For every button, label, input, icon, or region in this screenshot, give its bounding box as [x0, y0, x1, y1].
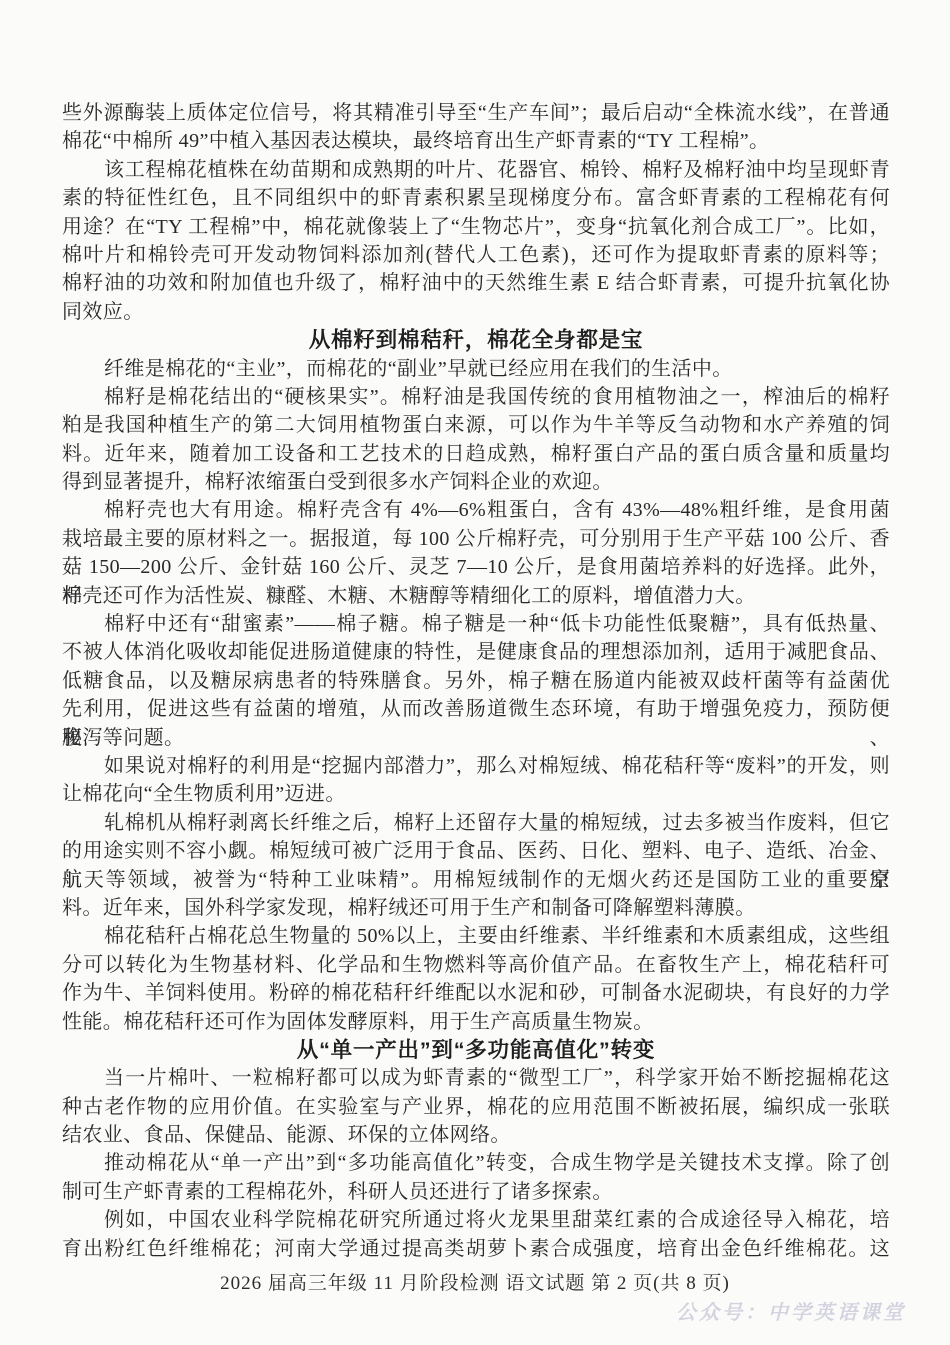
- text-line: 得到显著提升，棉籽浓缩蛋白受到很多水产饲料企业的欢迎。: [62, 468, 890, 496]
- text-line: 素的特征性红色，且不同组织中的虾青素积累呈现梯度分布。富含虾青素的工程棉花有何: [62, 184, 890, 212]
- text-line: 棉花“中棉所 49”中植入基因表达模块，最终培育出生产虾青素的“TY 工程棉”。: [62, 127, 890, 155]
- text-line: 推动棉花从“单一产出”到“多功能高值化”转变，合成生物学是关键技术支撑。除了创: [62, 1149, 890, 1177]
- text-line: 例如，中国农业科学院棉花研究所通过将火龙果里甜菜红素的合成途径导入棉花，培: [62, 1206, 890, 1234]
- text-line: 结农业、食品、保健品、能源、环保的立体网络。: [62, 1121, 890, 1149]
- text-line: 棉叶片和棉铃壳可开发动物饲料添加剂(替代人工色素)，还可作为提取虾青素的原料等；: [62, 241, 890, 269]
- text-line: 栽培最主要的原材料之一。据报道，每 100 公斤棉籽壳，可分别用于生产平菇 10…: [62, 525, 890, 553]
- text-line: 棉籽中还有“甜蜜素”——棉子糖。棉子糖是一种“低卡功能性低聚糖”，具有低热量、: [62, 610, 890, 638]
- text-line: 性能。棉花秸秆还可作为固体发酵原料，用于生产高质量生物炭。: [62, 1008, 890, 1036]
- text-line: 棉花秸秆占棉花总生物量的 50%以上，主要由纤维素、半纤维素和木质素组成，这些组: [62, 922, 890, 950]
- text-line: 轧棉机从棉籽剥离长纤维之后，棉籽上还留存大量的棉短绒，过去多被当作废料，但它: [62, 809, 890, 837]
- text-line: 菇 150—200 公斤、金针菇 160 公斤、灵芝 7—10 公斤，是食用菌培…: [62, 553, 890, 581]
- section-heading: 从“单一产出”到“多功能高值化”转变: [62, 1036, 890, 1064]
- text-line: 棉籽壳也大有用途。棉籽壳含有 4%—6%粗蛋白，含有 43%—48%粗纤维，是食…: [62, 496, 890, 524]
- text-line: 分可以转化为生物基材料、化学品和生物燃料等高价值产品。在畜牧生产上，棉花秸秆可: [62, 951, 890, 979]
- text-line: 棉籽油的功效和附加值也升级了，棉籽油中的天然维生素 E 结合虾青素，可提升抗氧化…: [62, 269, 890, 297]
- text-line: 不被人体消化吸收却能促进肠道健康的特性，是健康食品的理想添加剂，适用于减肥食品、: [62, 638, 890, 666]
- text-line: 同效应。: [62, 298, 890, 326]
- text-line: 籽壳还可作为活性炭、糠醛、木糖、木糖醇等精细化工的原料，增值潜力大。: [62, 582, 890, 610]
- document-lines: 些外源酶装上质体定位信号，将其精准引导至“生产车间”；最后启动“全株流水线”，在…: [62, 99, 890, 1263]
- text-line: 纤维是棉花的“主业”，而棉花的“副业”早就已经应用在我们的生活中。: [62, 355, 890, 383]
- text-line: 该工程棉花植株在幼苗期和成熟期的叶片、花器官、棉铃、棉籽及棉籽油中均呈现虾青: [62, 156, 890, 184]
- text-line: 的用途实则不容小觑。棉短绒可被广泛用于食品、医药、日化、塑料、电子、造纸、冶金、…: [62, 837, 890, 865]
- text-line: 作为牛、羊饲料使用。粉碎的棉花秸秆纤维配以水泥和砂，可制备水泥砌块，有良好的力学: [62, 979, 890, 1007]
- text-line: 料。近年来，随着加工设备和工艺技术的日趋成熟，棉籽蛋白产品的蛋白质含量和质量均: [62, 440, 890, 468]
- text-line: 些外源酶装上质体定位信号，将其精准引导至“生产车间”；最后启动“全株流水线”，在…: [62, 99, 890, 127]
- text-line: 种古老作物的应用价值。在实验室与产业界，棉花的应用范围不断被拓展，编织成一张联: [62, 1093, 890, 1121]
- section-heading: 从棉籽到棉秸秆，棉花全身都是宝: [62, 326, 890, 354]
- page-footer: 2026 届高三年级 11 月阶段检测 语文试题 第 2 页(共 8 页): [0, 1268, 950, 1295]
- text-line: 用途？在“TY 工程棉”中，棉花就像装上了“生物芯片”，变身“抗氧化剂合成工厂”…: [62, 213, 890, 241]
- text-line: 料。近年来，国外科学家发现，棉籽绒还可用于生产和制备可降解塑料薄膜。: [62, 894, 890, 922]
- text-line: 让棉花向“全生物质利用”迈进。: [62, 780, 890, 808]
- text-line: 粕是我国种植生产的第二大饲用植物蛋白来源，可以作为牛羊等反刍动物和水产养殖的饲: [62, 411, 890, 439]
- text-line: 如果说对棉籽的利用是“挖掘内部潜力”，那么对棉短绒、棉花秸秆等“废料”的开发，则: [62, 752, 890, 780]
- text-line: 先利用，促进这些有益菌的增殖，从而改善肠道微生态环境，有助于增强免疫力，预防便秘…: [62, 695, 890, 723]
- text-line: 当一片棉叶、一粒棉籽都可以成为虾青素的“微型工厂”，科学家开始不断挖掘棉花这: [62, 1064, 890, 1092]
- text-line: 制可生产虾青素的工程棉花外，科研人员还进行了诸多探索。: [62, 1178, 890, 1206]
- text-line: 航天等领域，被誉为“特种工业味精”。用棉短绒制作的无烟火药还是国防工业的重要原: [62, 866, 890, 894]
- text-line: 棉籽是棉花结出的“硬核果实”。棉籽油是我国传统的食用植物油之一，榨油后的棉籽: [62, 383, 890, 411]
- text-line: 育出粉红色纤维棉花；河南大学通过提高类胡萝卜素合成强度，培育出金色纤维棉花。这: [62, 1235, 890, 1263]
- text-line: 低糖食品，以及糖尿病患者的特殊膳食。另外，棉子糖在肠道内能被双歧杆菌等有益菌优: [62, 667, 890, 695]
- watermark-text: 公众号：中学英语课堂: [676, 1296, 946, 1325]
- exam-paper-page: 些外源酶装上质体定位信号，将其精准引导至“生产车间”；最后启动“全株流水线”，在…: [0, 0, 950, 1345]
